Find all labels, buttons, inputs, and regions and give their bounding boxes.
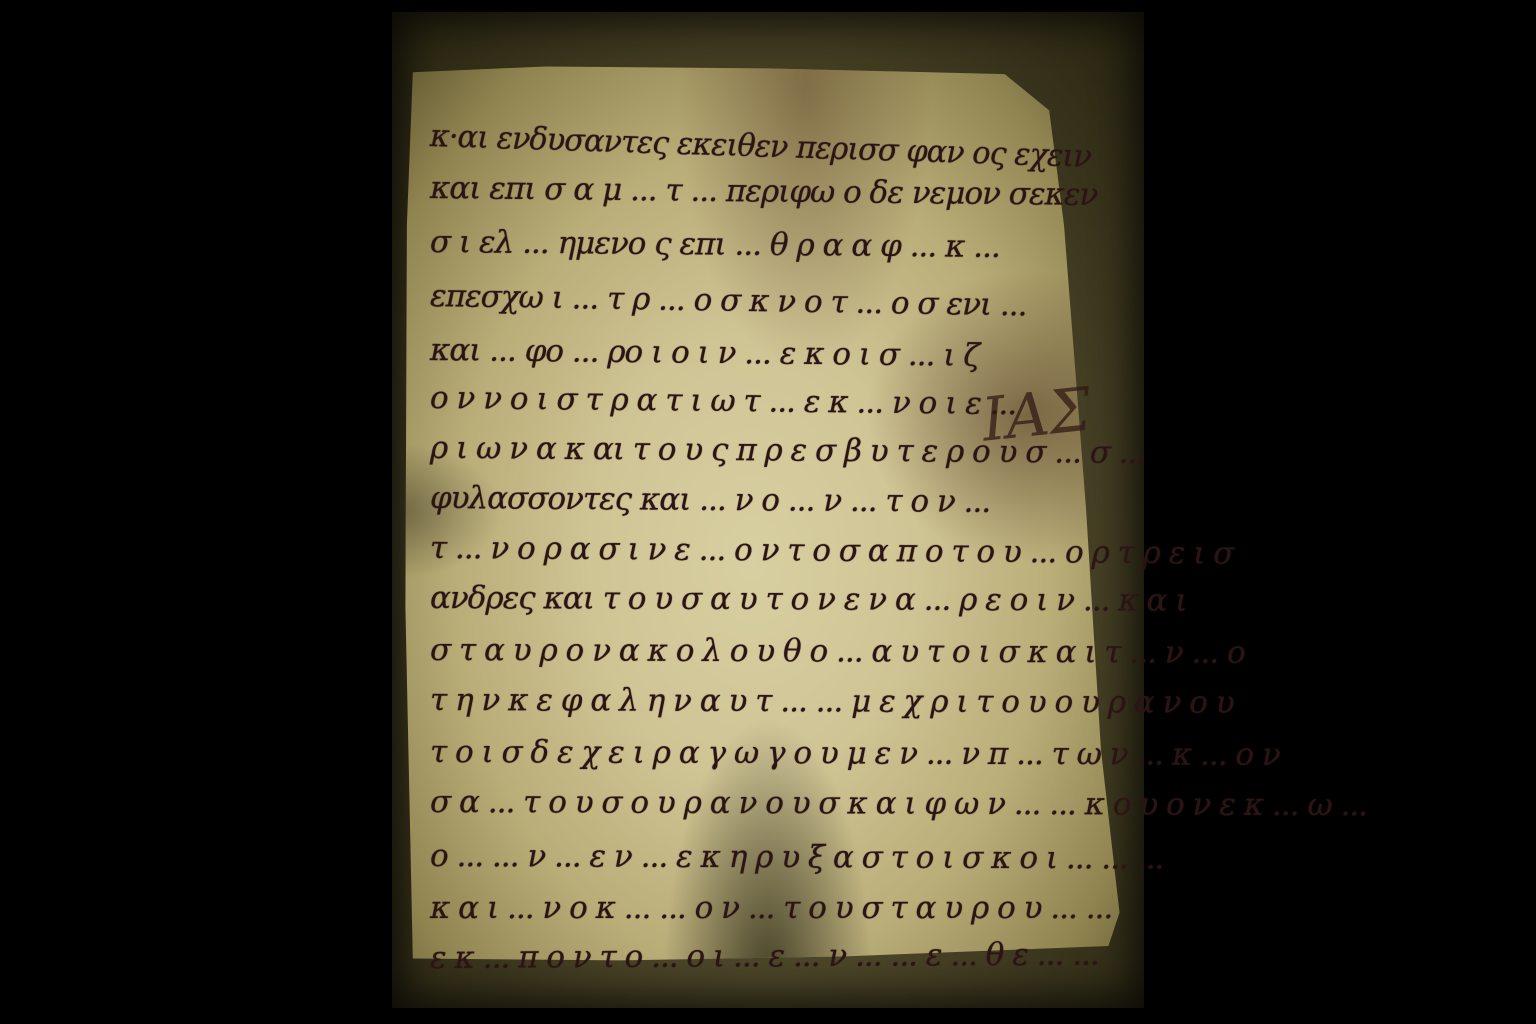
manuscript-line: τ ο ι σ δ ε χ ε ι ρ α γ ω γ ο υ μ ε ν ..…	[430, 734, 1280, 773]
manuscript-line: κ α ι ... ν ο κ ... ... ο ν ... τ ο υ σ …	[430, 890, 1112, 926]
manuscript-line: και επι σ α μ ... τ ... περιφω ο δε νεμο…	[430, 170, 1098, 213]
manuscript-line: ανδρες και τ ο υ σ α υ τ ο ν ε ν α ... ρ…	[430, 580, 1187, 619]
manuscript-line: ο ν ν ο ι σ τ ρ α τ ι ω τ ... ε κ ... ν …	[430, 380, 1017, 422]
manuscript-line: σ τ α υ ρ ο ν α κ ο λ ο υ θ ο ... α υ τ …	[430, 632, 1245, 671]
manuscript-line: τ η ν κ ε φ α λ η ν α υ τ ... ... μ ε χ …	[430, 682, 1234, 721]
manuscript-line: τ ... ν ο ρ α σ ι ν ε ... ο ν τ ο σ α π …	[430, 530, 1234, 572]
manuscript-line: σ α ... τ ο υ σ ο υ ρ α ν ο υ σ κ α ι φ …	[430, 784, 1367, 823]
manuscript-line: ο ... ... ν ... ε ν ... ε κ η ρ υ ξ α σ …	[430, 838, 1163, 877]
manuscript-line: σ ι ελ ... ημενο ς επι ... θ ρ α α φ ...…	[430, 224, 1000, 265]
manuscript-line: ε κ ... π ο ν τ ο ... ο ι ... ε ... ν ..…	[430, 936, 1099, 976]
manuscript-line: και ... φο ... ρο ι ο ι ν ... ε κ ο ι σ …	[430, 332, 980, 374]
margin-annotation: ΙΑΣ	[979, 375, 1102, 516]
manuscript-line: φυλασσοντες και ... ν ο ... ν ... τ ο ν …	[430, 480, 990, 520]
